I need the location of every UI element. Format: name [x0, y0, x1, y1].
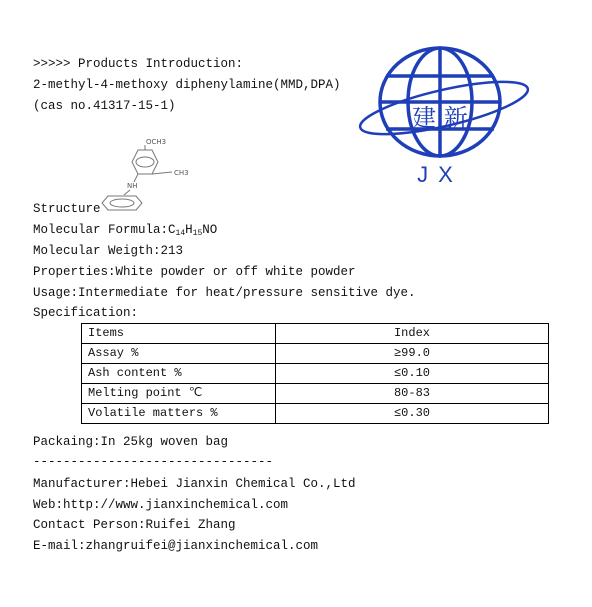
svg-text:OCH3: OCH3 [146, 138, 166, 146]
specification-label: Specification: [33, 305, 138, 321]
table-row: Melting point ℃ 80-83 [82, 384, 549, 404]
product-name: 2-methyl-4-methoxy diphenylamine(MMD,DPA… [33, 77, 341, 93]
molecular-weight: Molecular Weigth:213 [33, 243, 183, 259]
chemical-structure: OCH3 CH3 NH [100, 136, 218, 212]
table-row: Assay % ≥99.0 [82, 344, 549, 364]
header-items: Items [82, 324, 276, 344]
structure-label: Structure [33, 201, 101, 217]
specification-table: Items Index Assay % ≥99.0 Ash content % … [81, 323, 549, 424]
svg-text:CH3: CH3 [174, 169, 189, 177]
packaging: Packaing:In 25kg woven bag [33, 434, 228, 450]
usage: Usage:Intermediate for heat/pressure sen… [33, 285, 416, 301]
table-row: Ash content % ≤0.10 [82, 364, 549, 384]
logo-chinese-text: 建 新 [412, 104, 468, 132]
contact-person: Contact Person:Ruifei Zhang [33, 517, 236, 533]
svg-text:NH: NH [127, 182, 138, 190]
email: E-mail:zhangruifei@jianxinchemical.com [33, 538, 318, 554]
molecular-formula: Molecular Formula:C14H15NO [33, 222, 217, 242]
header-index: Index [276, 324, 549, 344]
website: Web:http://www.jianxinchemical.com [33, 497, 288, 513]
cas-number: (cas no.41317-15-1) [33, 98, 176, 114]
intro-heading: >>>>> Products Introduction: [33, 56, 243, 72]
table-header-row: Items Index [82, 324, 549, 344]
appearance: Properties:White powder or off white pow… [33, 264, 356, 280]
divider: -------------------------------- [33, 454, 273, 470]
jx-logo: 建 新 JX [356, 36, 532, 188]
manufacturer: Manufacturer:Hebei Jianxin Chemical Co.,… [33, 476, 356, 492]
logo-initials: JX [417, 162, 463, 187]
table-row: Volatile matters % ≤0.30 [82, 404, 549, 424]
